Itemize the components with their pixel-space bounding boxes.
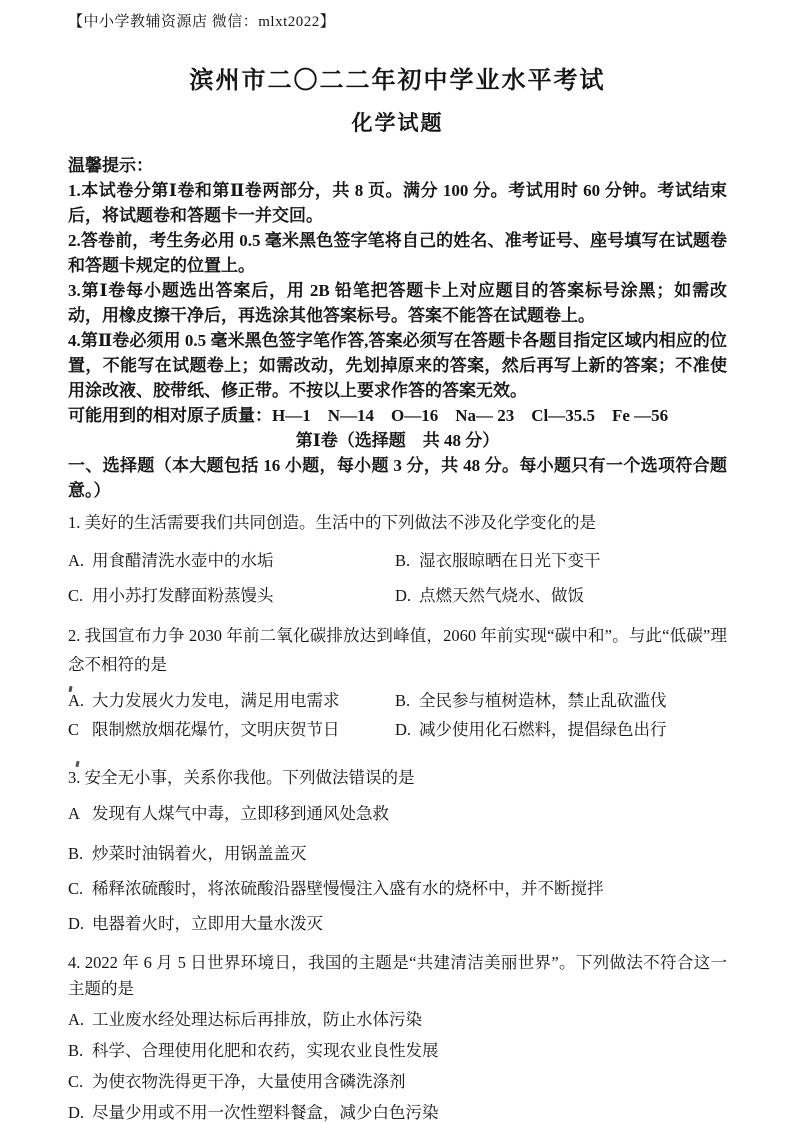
question-3-option-d: D.电器着火时，立即用大量水泼灭 [68, 911, 727, 937]
notice-item-1: 1.本试卷分第Ⅰ卷和第Ⅱ卷两部分，共 8 页。满分 100 分。考试用时 60 … [68, 178, 727, 228]
question-3-stem: 3. 安全无小事，关系你我他。下列做法错误的是 [68, 765, 727, 791]
exam-paper-page: 【中小学教辅资源店 微信：mlxt2022】 滨州市二〇二二年初中学业水平考试 … [0, 0, 793, 1122]
question-2-option-a: A.大力发展火力发电，满足用电需求 [68, 686, 395, 715]
question-3: 3. 安全无小事，关系你我他。下列做法错误的是 A发现有人煤气中毒，立即移到通风… [68, 765, 727, 937]
question-1-option-c: C.用小苏打发酵面粉蒸馒头 [68, 578, 395, 613]
question-3-option-a: A发现有人煤气中毒，立即移到通风处急救 [68, 801, 727, 827]
exam-subject-title: 化学试题 [68, 107, 727, 137]
question-4-option-c: C.为使衣物洗得更干净，大量使用含磷洗涤剂 [68, 1069, 727, 1095]
multiple-choice-intro: 一、选择题（本大题包括 16 小题，每小题 3 分，共 48 分。每小题只有一个… [68, 453, 727, 503]
notice-item-4: 4.第Ⅱ卷必须用 0.5 毫米黑色签字笔作答,答案必须写在答题卡各题目指定区域内… [68, 328, 727, 403]
question-2-options: A.大力发展火力发电，满足用电需求 B.全民参与植树造林，禁止乱砍滥伐 C限制燃… [68, 686, 727, 744]
question-4-option-d: D.尽量少用或不用一次性塑料餐盒，减少白色污染 [68, 1100, 727, 1122]
notice-heading: 温馨提示： [68, 153, 727, 178]
question-4-stem: 4. 2022 年 6 月 5 日世界环境日，我国的主题是“共建清洁美丽世界”。… [68, 950, 727, 1002]
question-1-option-b: B.湿衣服晾晒在日光下变干 [395, 543, 727, 578]
question-4: 4. 2022 年 6 月 5 日世界环境日，我国的主题是“共建清洁美丽世界”。… [68, 950, 727, 1122]
question-2-option-b: B.全民参与植树造林，禁止乱砍滥伐 [395, 686, 727, 715]
question-2-stem: 2. 我国宣布力争 2030 年前二氧化碳排放达到峰值，2060 年前实现“碳中… [68, 621, 727, 679]
exam-title: 滨州市二〇二二年初中学业水平考试 [68, 60, 727, 95]
question-1-option-a: A.用食醋清洗水壶中的水垢 [68, 543, 395, 578]
question-2-option-d: D.减少使用化石燃料，提倡绿色出行 [395, 715, 727, 744]
question-1-stem: 1. 美好的生活需要我们共同创造。生活中的下列做法不涉及化学变化的是 [68, 510, 727, 536]
question-1-options: A.用食醋清洗水壶中的水垢 B.湿衣服晾晒在日光下变干 C.用小苏打发酵面粉蒸馒… [68, 543, 727, 613]
atomic-masses-line: 可能用到的相对原子质量：H—1 N—14 O—16 Na— 23 Cl—35.5… [68, 403, 727, 428]
question-3-option-c: C.稀释浓硫酸时，将浓硫酸沿器壁慢慢注入盛有水的烧杯中，并不断搅拌 [68, 876, 727, 902]
notice-item-2: 2.答卷前，考生务必用 0.5 毫米黑色签字笔将自己的姓名、准考证号、座号填写在… [68, 228, 727, 278]
notice-item-3: 3.第Ⅰ卷每小题选出答案后，用 2B 铅笔把答题卡上对应题目的答案标号涂黑；如需… [68, 278, 727, 328]
store-watermark: 【中小学教辅资源店 微信：mlxt2022】 [68, 12, 727, 32]
question-4-option-a: A.工业废水经处理达标后再排放，防止水体污染 [68, 1007, 727, 1033]
question-2-option-c: C限制燃放烟花爆竹，文明庆贺节日 [68, 715, 395, 744]
question-1-option-d: D.点燃天然气烧水、做饭 [395, 578, 727, 613]
question-1: 1. 美好的生活需要我们共同创造。生活中的下列做法不涉及化学变化的是 A.用食醋… [68, 510, 727, 613]
question-4-option-b: B.科学、合理使用化肥和农药，实现农业良性发展 [68, 1038, 727, 1064]
notice-section: 温馨提示： 1.本试卷分第Ⅰ卷和第Ⅱ卷两部分，共 8 页。满分 100 分。考试… [68, 153, 727, 428]
question-2: 2. 我国宣布力争 2030 年前二氧化碳排放达到峰值，2060 年前实现“碳中… [68, 621, 727, 744]
question-3-option-b: B.炒菜时油锅着火，用锅盖盖灭 [68, 841, 727, 867]
part1-title: 第Ⅰ卷（选择题 共 48 分） [68, 428, 727, 453]
